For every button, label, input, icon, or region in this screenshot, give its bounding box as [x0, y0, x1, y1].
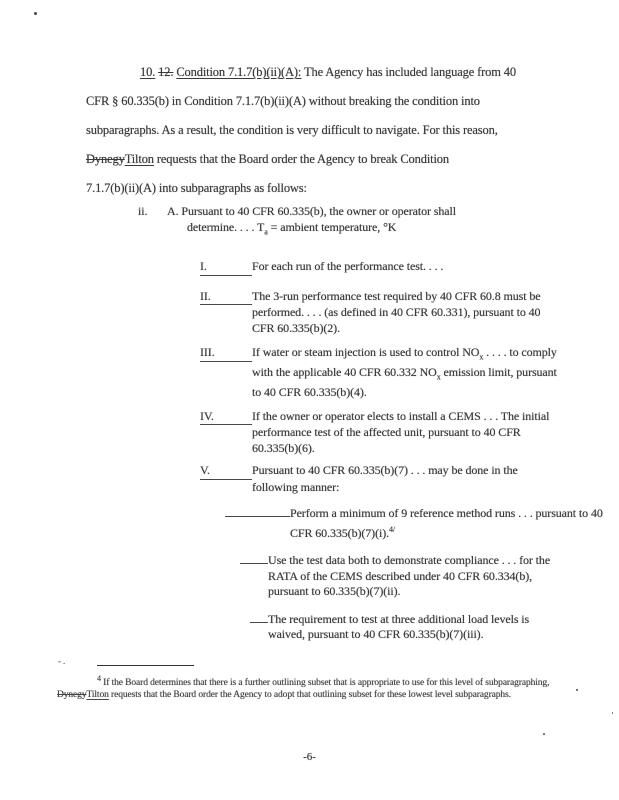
page-number: -6-	[0, 751, 619, 763]
scan-speck	[612, 712, 613, 714]
subparagraph-II: II.The 3-run performance test required b…	[200, 289, 564, 337]
roman-numeral: I.	[200, 259, 207, 273]
sub-subparagraph-text: Perform a minimum of 9 reference method …	[290, 506, 603, 540]
roman-numeral-blank: III.	[200, 345, 252, 362]
subparagraph-IV: IV.If the owner or operator elects to in…	[200, 409, 564, 457]
inserted-paragraph-number: 10.	[140, 65, 155, 79]
footnote-separator-rule	[97, 665, 194, 666]
subparagraph-text: The 3-run performance test required by 4…	[252, 289, 540, 335]
roman-numeral: III.	[200, 345, 215, 359]
sub-subparagraph-text: Use the test data both to demonstrate co…	[268, 553, 550, 598]
subparagraph-III: III.If water or steam injection is used …	[200, 345, 564, 400]
sub-subparagraph-1: Perform a minimum of 9 reference method …	[225, 504, 619, 541]
inserted-party-name: Tilton	[86, 690, 108, 700]
paragraph-10-line4: DynegyTilton requests that the Board ord…	[86, 145, 546, 174]
footnote-reference: 4/	[389, 525, 395, 534]
scan-speck	[576, 689, 578, 691]
condition-intro: ii.A. Pursuant to 40 CFR 60.335(b), the …	[167, 204, 507, 239]
roman-numeral: IV.	[200, 409, 214, 423]
sub-subparagraph-text: The requirement to test at three additio…	[268, 612, 529, 642]
sub-subparagraph-2: Use the test data both to demonstrate co…	[240, 551, 553, 600]
paragraph-10-line2: CFR § 60.335(b) in Condition 7.1.7(b)(ii…	[86, 87, 546, 116]
subparagraph-V: V.Pursuant to 40 CFR 60.335(b)(7) . . . …	[200, 463, 564, 495]
subparagraph-text: Pursuant to 40 CFR 60.335(b)(7) . . . ma…	[252, 463, 518, 494]
roman-numeral: II.	[200, 289, 211, 303]
subparagraph-I: I.For each run of the performance test. …	[200, 259, 564, 276]
deleted-party-name: Dynegy	[57, 690, 86, 700]
fill-in-blank	[250, 610, 268, 623]
footnote-4: 4 If the Board determines that there is …	[57, 673, 563, 701]
proposed-condition-block: ii.A. Pursuant to 40 CFR 60.335(b), the …	[0, 204, 619, 643]
roman-numeral-blank: IV.	[200, 409, 252, 426]
condition-heading: Condition 7.1.7(b)(ii)(A):	[176, 65, 301, 79]
inserted-party-name: Tilton	[125, 152, 154, 166]
intro-label: ii.	[138, 204, 147, 220]
subparagraph-text: If the owner or operator elects to insta…	[252, 409, 549, 455]
roman-numeral-blank: I.	[200, 259, 252, 276]
scanned-document-page: 10. 12. Condition 7.1.7(b)(ii)(A): The A…	[0, 0, 619, 800]
scan-speck	[543, 733, 545, 735]
deleted-paragraph-number: 12.	[158, 65, 173, 79]
subparagraph-text: If water or steam injection is used to c…	[252, 345, 479, 359]
deleted-party-name: Dynegy	[86, 152, 125, 166]
fill-in-blank	[225, 504, 290, 517]
footnote-text: If the Board determines that there is a …	[101, 678, 549, 688]
roman-numeral: V.	[200, 463, 210, 477]
roman-numeral-blank: II.	[200, 289, 252, 306]
scan-artifact-mark: -.	[58, 656, 67, 666]
paragraph-10-text: requests that the Board order the Agency…	[154, 152, 449, 166]
roman-numeral-blank: V.	[200, 463, 252, 480]
paragraph-10-text: The Agency has included language from 40	[301, 65, 516, 79]
scan-speck	[34, 12, 37, 15]
sub-subparagraph-3: The requirement to test at three additio…	[250, 610, 543, 643]
paragraph-10-line1: 10. 12. Condition 7.1.7(b)(ii)(A): The A…	[86, 58, 546, 87]
footnote-text: requests that the Board order the Agency…	[109, 690, 511, 700]
intro-text-end: = ambient temperature, °K	[268, 220, 397, 234]
paragraph-10-line3: subparagraphs. As a result, the conditio…	[86, 116, 546, 145]
intro-sublabel: A.	[167, 204, 178, 218]
paragraph-10-line5: 7.1.7(b)(ii)(A) into subparagraphs as fo…	[86, 174, 546, 203]
paragraph-10: 10. 12. Condition 7.1.7(b)(ii)(A): The A…	[86, 58, 546, 203]
subparagraph-text: For each run of the performance test. . …	[252, 259, 443, 273]
fill-in-blank	[240, 551, 268, 564]
